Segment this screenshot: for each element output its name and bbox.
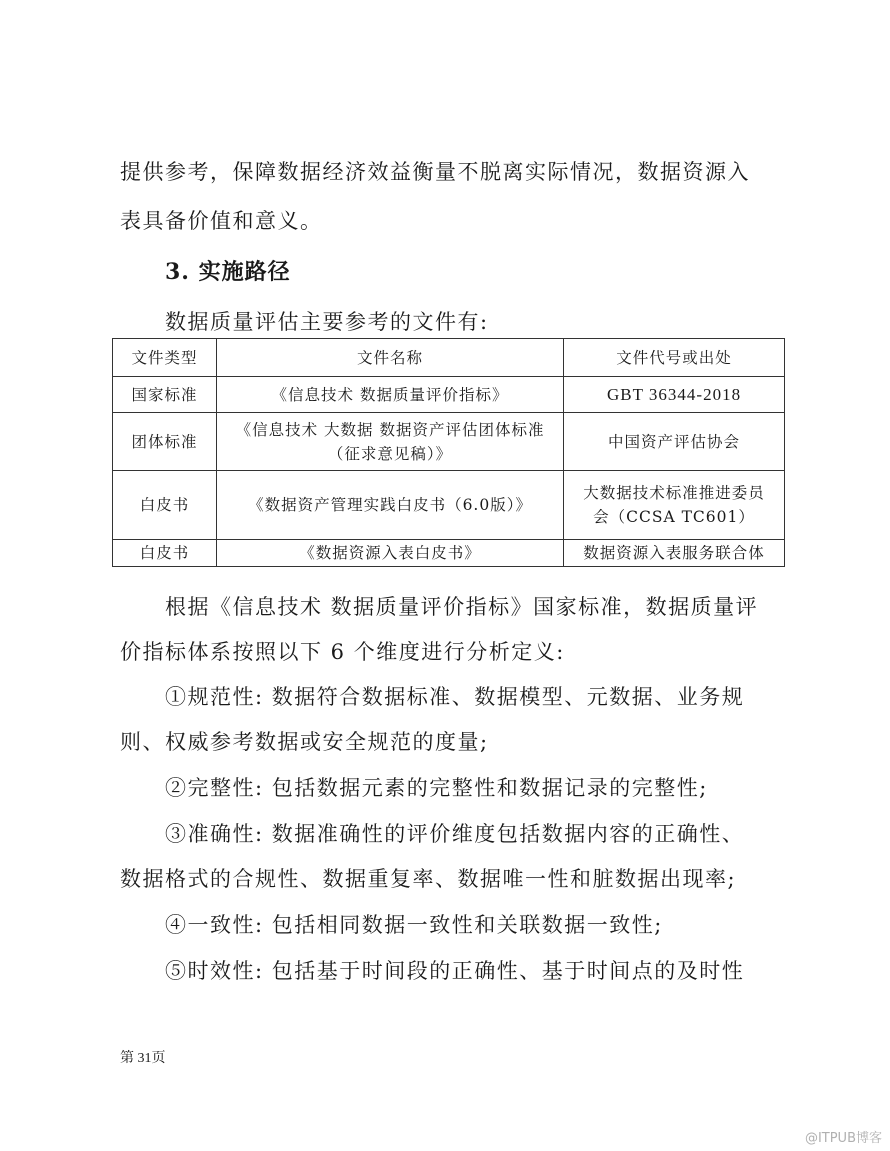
cell-name: 《数据资产管理实践白皮书（6.0版）》 xyxy=(217,471,564,540)
cell-type: 白皮书 xyxy=(113,540,217,567)
dimension-item-4: ④一致性: 包括相同数据一致性和关联数据一致性; xyxy=(165,905,835,945)
table-row: 白皮书 《数据资产管理实践白皮书（6.0版）》 大数据技术标准推进委员 会（CC… xyxy=(113,471,785,540)
dimension-item-3: ③准确性: 数据准确性的评价维度包括数据内容的正确性、 xyxy=(165,814,835,854)
dimension-item-1: ①规范性: 数据符合数据标准、数据模型、元数据、业务规 xyxy=(165,677,835,717)
paragraph-line: 提供参考，保障数据经济效益衡量不脱离实际情况，数据资源入 xyxy=(120,152,790,192)
body-line: 则、权威参考数据或安全规范的度量; xyxy=(120,722,790,762)
body-line: 根据《信息技术 数据质量评价指标》国家标准，数据质量评 xyxy=(165,587,835,627)
table-intro: 数据质量评估主要参考的文件有: xyxy=(165,302,835,342)
cell-name: 《数据资源入表白皮书》 xyxy=(217,540,564,567)
cell-source: 大数据技术标准推进委员 会（CCSA TC601） xyxy=(564,471,785,540)
header-file-name: 文件名称 xyxy=(217,339,564,377)
table-header-row: 文件类型 文件名称 文件代号或出处 xyxy=(113,339,785,377)
header-file-type: 文件类型 xyxy=(113,339,217,377)
page-number: 第 31页 xyxy=(120,1047,166,1067)
watermark: @ITPUB博客 xyxy=(805,1127,882,1146)
cell-source: 数据资源入表服务联合体 xyxy=(564,540,785,567)
cell-name: 《信息技术 数据质量评价指标》 xyxy=(217,377,564,413)
header-file-source: 文件代号或出处 xyxy=(564,339,785,377)
cell-source: 中国资产评估协会 xyxy=(564,413,785,471)
cell-name-line: （征求意见稿）》 xyxy=(221,442,559,466)
dimension-item-5: ⑤时效性: 包括基于时间段的正确性、基于时间点的及时性 xyxy=(165,951,835,991)
cell-source: GBT 36344-2018 xyxy=(564,377,785,413)
dimension-item-2: ②完整性: 包括数据元素的完整性和数据记录的完整性; xyxy=(165,768,835,808)
cell-source-line: 大数据技术标准推进委员 xyxy=(568,481,780,505)
cell-name-line: 《信息技术 大数据 数据资产评估团体标准 xyxy=(221,418,559,442)
table-row: 白皮书 《数据资源入表白皮书》 数据资源入表服务联合体 xyxy=(113,540,785,567)
reference-documents-table: 文件类型 文件名称 文件代号或出处 国家标准 《信息技术 数据质量评价指标》 G… xyxy=(112,338,785,567)
paragraph-line: 表具备价值和意义。 xyxy=(120,201,790,241)
section-heading: 3. 实施路径 xyxy=(165,252,291,292)
cell-name: 《信息技术 大数据 数据资产评估团体标准 （征求意见稿）》 xyxy=(217,413,564,471)
table-row: 国家标准 《信息技术 数据质量评价指标》 GBT 36344-2018 xyxy=(113,377,785,413)
body-line: 数据格式的合规性、数据重复率、数据唯一性和脏数据出现率; xyxy=(120,859,790,899)
cell-type: 白皮书 xyxy=(113,471,217,540)
cell-type: 国家标准 xyxy=(113,377,217,413)
body-line: 价指标体系按照以下 6 个维度进行分析定义: xyxy=(120,632,790,672)
table-row: 团体标准 《信息技术 大数据 数据资产评估团体标准 （征求意见稿）》 中国资产评… xyxy=(113,413,785,471)
cell-source-line: 会（CCSA TC601） xyxy=(568,505,780,529)
cell-type: 团体标准 xyxy=(113,413,217,471)
